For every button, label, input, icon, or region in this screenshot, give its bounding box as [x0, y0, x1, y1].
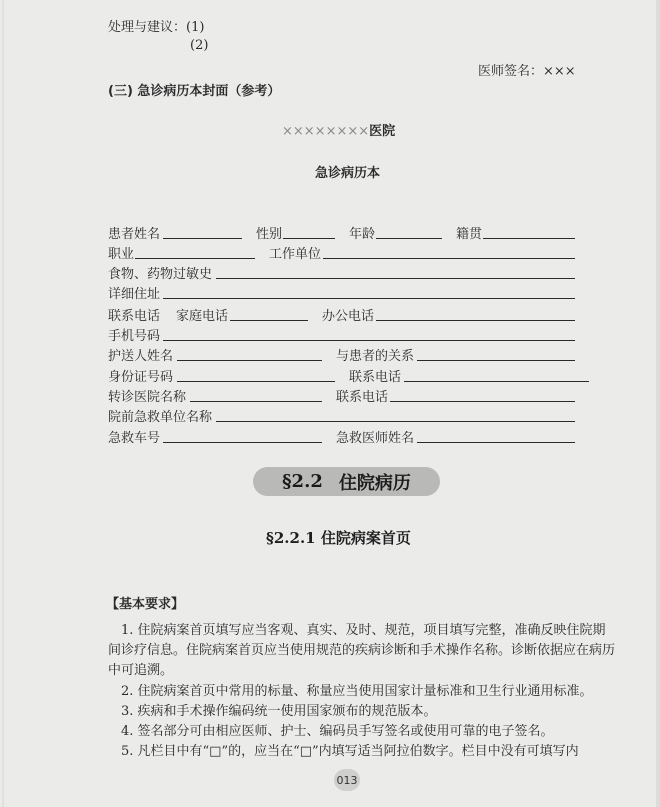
- field-native-place[interactable]: [483, 238, 575, 239]
- hospital-suffix: 医院: [369, 124, 395, 139]
- section-number: §2.2: [282, 471, 323, 492]
- label-transfer-hospital: 转诊医院名称: [108, 386, 186, 405]
- field-escort-name[interactable]: [177, 360, 322, 361]
- requirement-item-2: 2. 住院病案首页中常用的标量、称量应当使用国家计量标准和卫生行业通用标准。: [108, 682, 616, 702]
- field-contact-phone-3[interactable]: [390, 401, 575, 402]
- field-relation[interactable]: [417, 360, 575, 361]
- requirement-item-1: 1. 住院病案首页填写应当客观、真实、及时、规范，项目填写完整，准确反映住院期间…: [108, 621, 616, 681]
- label-native-place: 籍贯: [456, 223, 482, 242]
- hospital-placeholder: ××××××××: [282, 124, 369, 139]
- field-patient-name[interactable]: [163, 238, 242, 239]
- label-escort-name: 护送人姓名: [108, 345, 173, 364]
- label-age: 年龄: [349, 223, 375, 242]
- section-banner: §2.2 住院病历: [253, 467, 440, 496]
- label-prehospital-unit: 院前急救单位名称: [108, 406, 212, 425]
- field-age[interactable]: [376, 238, 442, 239]
- field-emergency-doctor[interactable]: [417, 442, 575, 443]
- field-occupation[interactable]: [135, 258, 255, 259]
- doctor-signature: 医师签名：×××: [478, 60, 576, 79]
- page-edge-left: [2, 0, 4, 807]
- label-mobile: 手机号码: [108, 325, 160, 344]
- label-workplace: 工作单位: [269, 243, 321, 262]
- label-occupation: 职业: [108, 243, 134, 262]
- treatment-item-2: (2): [190, 38, 208, 53]
- section-three-title: (三) 急诊病历本封面（参考）: [108, 80, 280, 99]
- label-relation: 与患者的关系: [336, 345, 414, 364]
- label-gender: 性别: [256, 223, 282, 242]
- requirements-heading: 【基本要求】: [106, 593, 184, 612]
- field-office-phone[interactable]: [376, 320, 575, 321]
- requirement-item-5: 5. 凡栏目中有“□”的，应当在“□”内填写适当阿拉伯数字。栏目中没有可填写内: [108, 742, 616, 762]
- field-contact-phone-2[interactable]: [404, 381, 589, 382]
- field-gender[interactable]: [283, 238, 335, 239]
- label-allergy: 食物、药物过敏史: [108, 263, 212, 282]
- label-address: 详细住址: [108, 283, 160, 302]
- hospital-name: ××××××××医院: [282, 120, 395, 139]
- label-home-phone: 家庭电话: [176, 305, 228, 324]
- field-allergy[interactable]: [216, 278, 575, 279]
- requirement-item-4: 4. 签名部分可由相应医师、护士、编码员手写签名或使用可靠的电子签名。: [108, 722, 616, 742]
- treatment-label: 处理与建议：(1): [108, 16, 204, 35]
- page-edge-right: [656, 0, 660, 807]
- page-number: 013: [334, 769, 360, 791]
- label-patient-name: 患者姓名: [108, 223, 160, 242]
- label-office-phone: 办公电话: [322, 305, 374, 324]
- field-ambulance-no[interactable]: [163, 442, 322, 443]
- label-contact-phone-2: 联系电话: [349, 366, 401, 385]
- label-emergency-doctor: 急救医师姓名: [336, 427, 414, 446]
- field-prehospital-unit[interactable]: [216, 421, 575, 422]
- label-contact-phone: 联系电话: [108, 305, 160, 324]
- field-workplace[interactable]: [323, 258, 575, 259]
- label-ambulance-no: 急救车号: [108, 427, 160, 446]
- label-id-number: 身份证号码: [108, 366, 173, 385]
- field-transfer-hospital[interactable]: [190, 401, 322, 402]
- emergency-record-title: 急诊病历本: [315, 162, 380, 181]
- field-mobile[interactable]: [163, 340, 575, 341]
- subsection-title: §2.2.1 住院病案首页: [266, 527, 411, 548]
- requirement-item-3: 3. 疾病和手术操作编码统一使用国家颁布的规范版本。: [108, 702, 616, 722]
- field-home-phone[interactable]: [230, 320, 308, 321]
- section-title: 住院病历: [339, 469, 411, 495]
- label-contact-phone-3: 联系电话: [336, 386, 388, 405]
- field-address[interactable]: [163, 298, 575, 299]
- field-id-number[interactable]: [177, 381, 335, 382]
